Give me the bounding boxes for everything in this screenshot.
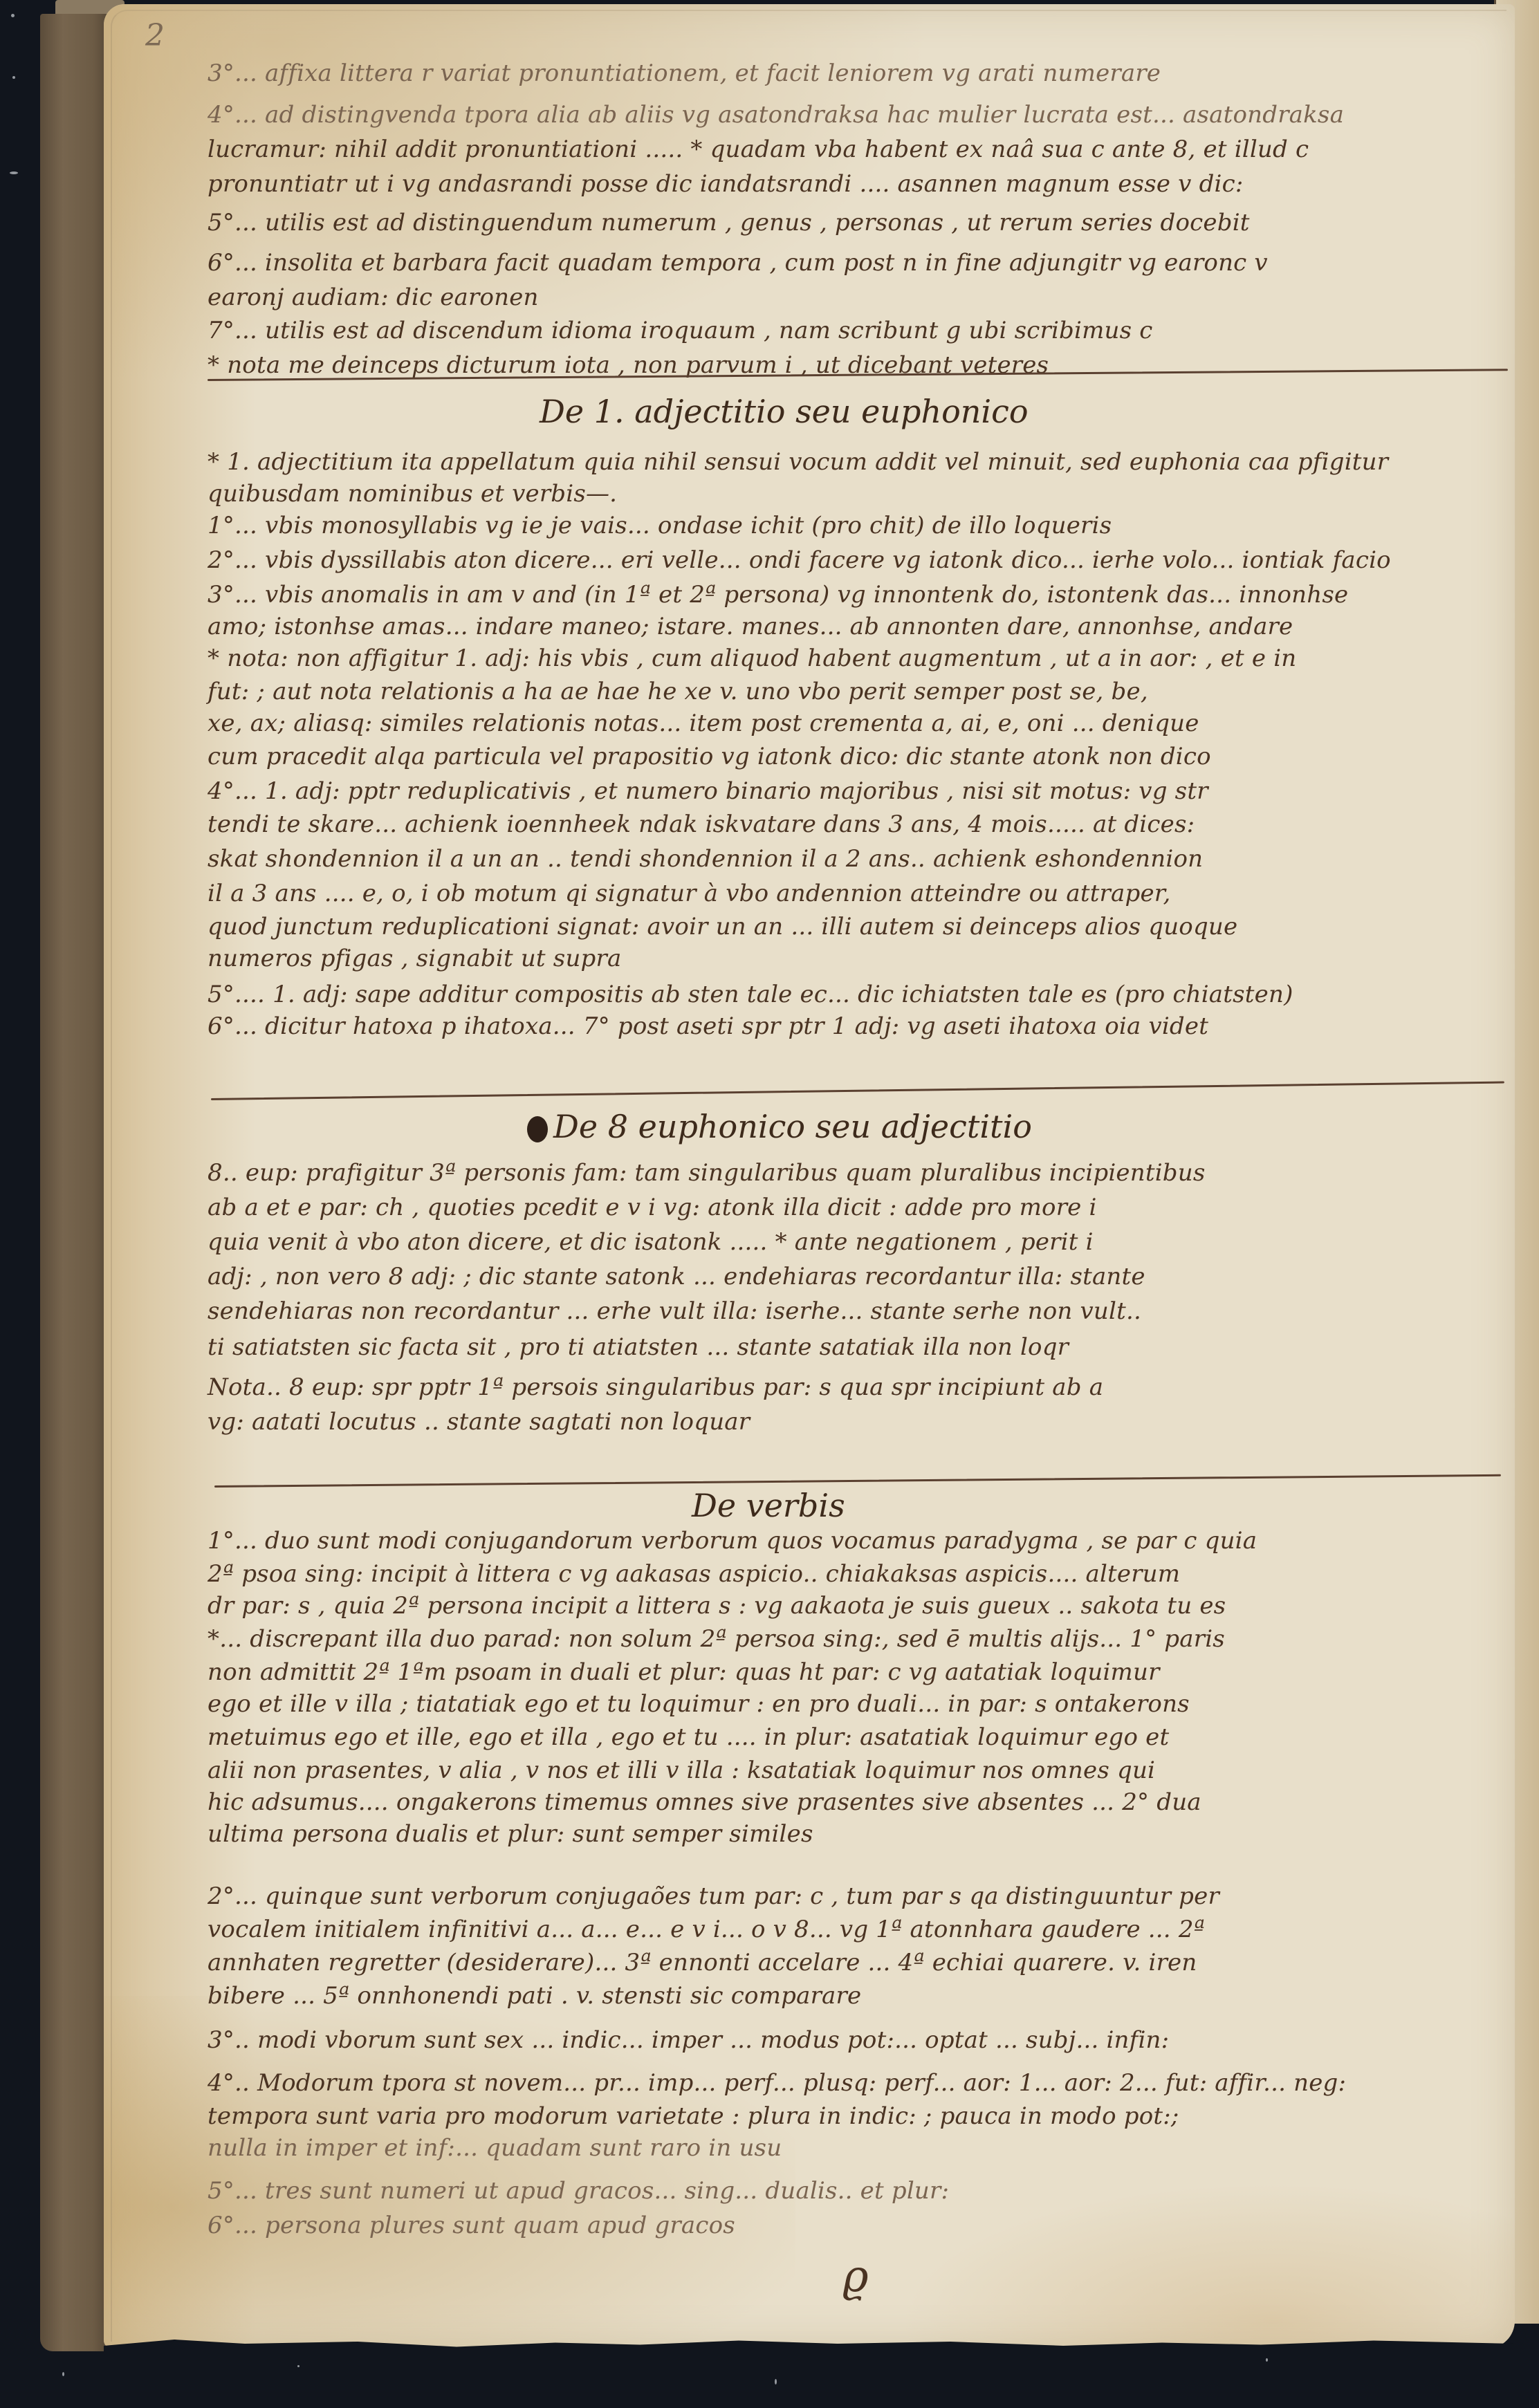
text-line: 6°... dicitur hatoxa p ihatoxa... 7° pos…	[208, 1012, 1208, 1040]
text-line: numeros pfigas , signabit ut supra	[208, 945, 621, 972]
catchword-mark: ϱ	[842, 2251, 869, 2302]
text-line: 4°... 1. adj: pptr reduplicativis , et n…	[208, 777, 1208, 805]
text-line: 4°.. Modorum tpora st novem... pr... imp…	[208, 2069, 1346, 2097]
text-line: 5°... utilis est ad distinguendum numeru…	[208, 209, 1250, 237]
text-line: vg: aatati locutus .. stante sagtati non…	[208, 1408, 750, 1436]
text-line: sendehiaras non recordantur ... erhe vul…	[208, 1297, 1141, 1325]
dust-speck	[11, 14, 15, 17]
text-line: 4°... ad distingvenda tpora alia ab alii…	[208, 101, 1344, 129]
text-line: dr par: s , quia 2ª persona incipit a li…	[208, 1592, 1226, 1620]
text-line: amo; istonhse amas... indare maneo; ista…	[208, 613, 1293, 640]
text-line: tendi te skare... achienk ioennheek ndak…	[208, 811, 1195, 838]
text-line: ab a et e par: ch , quoties pcedit e v i…	[208, 1194, 1097, 1221]
text-line: skat shondennion il a un an .. tendi sho…	[208, 845, 1203, 873]
text-line: quia venit à vbo aton dicere, et dic isa…	[208, 1228, 1094, 1256]
text-line: * 1. adjectitium ita appellatum quia nih…	[208, 448, 1388, 476]
text-line: 1°... vbis monosyllabis vg ie je vais...…	[208, 512, 1112, 539]
text-line: ego et ille v illa ; tiatatiak ego et tu…	[208, 1690, 1190, 1718]
text-line: * nota: non affigitur 1. adj: his vbis ,…	[208, 645, 1296, 672]
section-heading: De verbis	[692, 1487, 845, 1524]
dust-speck	[10, 172, 18, 174]
text-line: ti satiatsten sic facta sit , pro ti ati…	[208, 1333, 1069, 1361]
text-line: 6°... insolita et barbara facit quadam t…	[208, 249, 1268, 277]
page-number: 2	[145, 18, 165, 53]
text-line: 5°... tres sunt numeri ut apud gracos...…	[208, 2177, 949, 2205]
text-line: 1°... duo sunt modi conjugandorum verbor…	[208, 1527, 1257, 1555]
text-line: 8.. eup: prafigitur 3ª personis fam: tam…	[208, 1159, 1206, 1187]
dust-speck	[1266, 2358, 1268, 2362]
text-line: nulla in imper et inf:... quadam sunt ra…	[208, 2134, 782, 2162]
text-line: il a 3 ans .... e, o, i ob motum qi sign…	[208, 880, 1171, 907]
text-line: 7°... utilis est ad discendum idioma iro…	[208, 317, 1153, 344]
text-line: quibusdam nominibus et verbis—.	[208, 480, 617, 508]
text-line: adj: , non vero 8 adj: ; dic stante sato…	[208, 1263, 1145, 1290]
text-line: earonj audiam: dic earonen	[208, 284, 539, 311]
section-heading: De 8 euphonico seu adjectitio	[553, 1108, 1032, 1145]
dust-speck	[62, 2372, 64, 2376]
text-line: annhaten regretter (desiderare)... 3ª en…	[208, 1949, 1197, 1976]
text-line: quod junctum reduplicationi signat: avoi…	[208, 913, 1237, 941]
ink-blot	[527, 1116, 548, 1142]
dust-speck	[775, 2379, 777, 2384]
text-line: non admittit 2ª 1ªm psoam in duali et pl…	[208, 1658, 1160, 1686]
text-line: 3°.. modi vborum sunt sex ... indic... i…	[208, 2026, 1169, 2054]
text-line: lucramur: nihil addit pronuntiationi ...…	[208, 136, 1309, 163]
text-line: xe, ax; aliasq: similes relationis notas…	[208, 710, 1199, 737]
text-line: *... discrepant illa duo parad: non solu…	[208, 1625, 1225, 1653]
text-line: 3°... affixa littera r variat pronuntiat…	[208, 59, 1161, 87]
text-line: cum pracedit alqa particula vel praposit…	[208, 743, 1211, 770]
dust-speck	[297, 2365, 299, 2367]
text-line: metuimus ego et ille, ego et illa , ego …	[208, 1723, 1169, 1751]
text-line: 6°... persona plures sunt quam apud grac…	[208, 2212, 735, 2239]
text-line: 2°... vbis dyssillabis aton dicere... er…	[208, 546, 1391, 574]
text-line: Nota.. 8 eup: spr pptr 1ª persois singul…	[208, 1373, 1103, 1401]
text-line: 3°... vbis anomalis in am v and (in 1ª e…	[208, 581, 1348, 609]
dust-speck	[12, 76, 15, 79]
text-line: alii non prasentes, v alia , v nos et il…	[208, 1757, 1155, 1784]
section-heading: De 1. adjectitio seu euphonico	[540, 393, 1029, 430]
text-line: tempora sunt varia pro modorum varietate…	[208, 2102, 1179, 2130]
text-line: pronuntiatr ut i vg andasrandi posse dic…	[208, 170, 1244, 198]
text-line: 5°.... 1. adj: sape additur compositis a…	[208, 981, 1293, 1008]
text-line: vocalem initialem infinitivi a... a... e…	[208, 1916, 1205, 1943]
text-line: 2°... quinque sunt verborum conjugaões t…	[208, 1882, 1219, 1910]
text-line: ultima persona dualis et plur: sunt semp…	[208, 1820, 813, 1848]
text-line: fut: ; aut nota relationis a ha ae hae h…	[208, 678, 1148, 705]
text-line: bibere ... 5ª onnhonendi pati . v. stens…	[208, 1982, 861, 2010]
text-line: 2ª psoa sing: incipit à littera c vg aak…	[208, 1560, 1180, 1588]
text-line: hic adsumus.... ongakerons timemus omnes…	[208, 1788, 1201, 1816]
